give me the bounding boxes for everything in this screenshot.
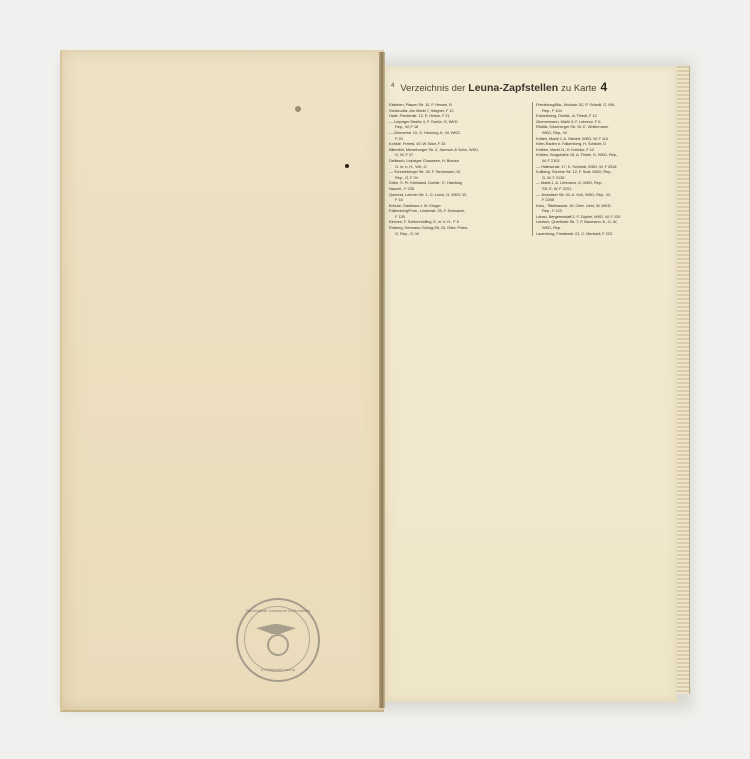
page-header: 4 Verzeichnis der Leuna-Zapfstellen zu K… — [391, 80, 673, 94]
page-number: 4 — [391, 83, 394, 89]
wreath-icon — [267, 634, 289, 656]
title-bold: Leuna-Zapfstellen — [468, 82, 558, 94]
foxing-spot — [345, 164, 349, 168]
stamp-text-top: Reichsstelle Deutscher Zeitschriften — [238, 608, 318, 613]
directory-columns: Eisleben, Plauen Str. 10, F. Hensel, BSc… — [389, 102, 673, 236]
stamp-text-bottom: IG Mineralöl Leuna — [238, 667, 318, 672]
directory-column-right: Friedeburg/Bla., Mockstr. 52, P. Schwill… — [532, 102, 673, 236]
right-page: 4 Verzeichnis der Leuna-Zapfstellen zu K… — [385, 66, 677, 702]
directory-entry: Lauenburg, Fürstenstr. 21, C. Mertwell, … — [536, 231, 673, 237]
ink-stamp: Reichsstelle Deutscher Zeitschriften IG … — [236, 598, 320, 682]
page-edges — [677, 66, 690, 694]
directory-column-left: Eisleben, Plauen Str. 10, F. Hensel, BSc… — [389, 102, 526, 236]
foxing-spot — [295, 106, 301, 112]
title-prefix: Verzeichnis der — [400, 83, 465, 94]
map-number: 4 — [601, 80, 608, 94]
directory-entry: G, Rep., G, W — [389, 231, 526, 237]
left-page — [60, 50, 384, 712]
title-suffix: zu Karte — [561, 83, 596, 94]
